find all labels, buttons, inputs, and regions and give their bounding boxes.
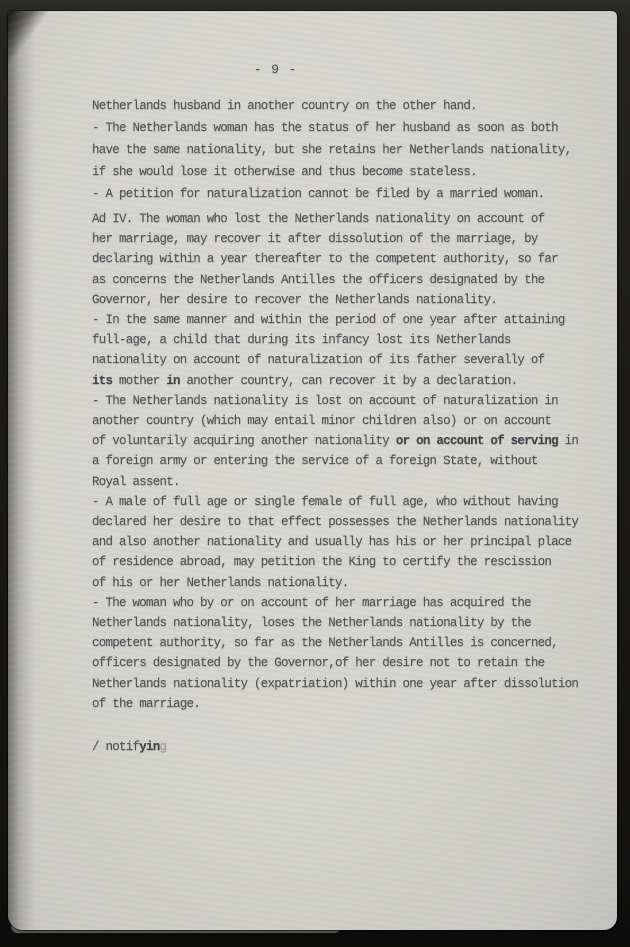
text-segment: Governor, her desire to recover the Neth…: [92, 293, 497, 307]
text-segment: its: [92, 374, 112, 388]
text-line: - The Netherlands woman has the status o…: [92, 117, 593, 139]
text-segment: full-age, a child that during its infanc…: [92, 333, 511, 347]
text-segment: Netherlands nationality, loses the Nethe…: [92, 616, 531, 630]
text-line: Netherlands nationality (expatriation) w…: [92, 674, 593, 694]
text-line: declared her desire to that effect posse…: [92, 512, 593, 532]
text-segment: - The Netherlands woman has the status o…: [92, 121, 558, 135]
text-line: of his or her Netherlands nationality.: [92, 573, 593, 593]
text-segment: of his or her Netherlands nationality.: [92, 576, 349, 590]
text-line: if she would lose it otherwise and thus …: [92, 161, 593, 183]
scan-background: - 9 - Netherlands husband in another cou…: [0, 0, 630, 947]
text-segment: her marriage, may recover it after disso…: [92, 232, 538, 246]
text-line: a foreign army or entering the service o…: [92, 451, 593, 471]
text-segment: Ad IV. The woman who lost the Netherland…: [92, 212, 544, 226]
text-segment: - A petition for naturalization cannot b…: [92, 187, 544, 201]
text-segment: Netherlands husband in another country o…: [92, 99, 477, 113]
text-segment: have the same nationality, but she retai…: [92, 143, 571, 157]
text-segment: Royal assent.: [92, 475, 180, 489]
text-line: full-age, a child that during its infanc…: [92, 330, 593, 350]
text-line: - The Netherlands nationality is lost on…: [92, 391, 593, 411]
text-segment: - The Netherlands nationality is lost on…: [92, 394, 558, 408]
text-line: declaring within a year thereafter to th…: [92, 249, 593, 269]
document-page: - 9 - Netherlands husband in another cou…: [8, 11, 617, 930]
text-segment: and also another nationality and usually…: [92, 535, 571, 549]
paragraph-intro-continuation: Netherlands husband in another country o…: [92, 95, 593, 205]
page-number: - 9 -: [254, 63, 298, 77]
text-segment: / notif: [92, 740, 139, 754]
text-segment: another country, can recover it by a dec…: [180, 374, 518, 388]
text-line: - A petition for naturalization cannot b…: [92, 183, 593, 205]
text-line: - The woman who by or on account of her …: [92, 593, 593, 613]
text-line: Netherlands nationality, loses the Nethe…: [92, 613, 593, 633]
text-line: / notifying: [92, 736, 593, 758]
text-segment: in: [558, 434, 578, 448]
text-segment: declared her desire to that effect posse…: [92, 515, 578, 529]
text-line: Governor, her desire to recover the Neth…: [92, 290, 593, 310]
text-segment: yin: [139, 740, 159, 754]
text-line: officers designated by the Governor,of h…: [92, 653, 593, 673]
text-segment: of voluntarily acquiring another nationa…: [92, 434, 396, 448]
text-segment: mother: [112, 374, 166, 388]
text-line: competent authority, so far as the Nethe…: [92, 633, 593, 653]
text-segment: or on account of serving: [396, 434, 558, 448]
text-segment: - In the same manner and within the peri…: [92, 313, 565, 327]
text-line: Ad IV. The woman who lost the Netherland…: [92, 209, 593, 229]
text-line: as concerns the Netherlands Antilles the…: [92, 270, 593, 290]
text-line: nationality on account of naturalization…: [92, 350, 593, 370]
text-segment: nationality on account of naturalization…: [92, 353, 544, 367]
text-segment: as concerns the Netherlands Antilles the…: [92, 273, 544, 287]
text-segment: officers designated by the Governor,of h…: [92, 656, 544, 670]
text-segment: a foreign army or entering the service o…: [92, 454, 538, 468]
text-line: have the same nationality, but she retai…: [92, 139, 593, 161]
text-segment: another country (which may entail minor …: [92, 414, 551, 428]
text-segment: if she would lose it otherwise and thus …: [92, 165, 477, 179]
text-segment: of residence abroad, may petition the Ki…: [92, 555, 551, 569]
text-segment: of the marriage.: [92, 697, 200, 711]
text-segment: g: [160, 740, 167, 754]
paragraph-continuation-note: / notifying: [92, 736, 593, 758]
binding-shadow: [8, 11, 36, 930]
text-segment: in: [166, 374, 180, 388]
paragraph-ad-iv: Ad IV. The woman who lost the Netherland…: [92, 209, 593, 714]
corner-shadow: [8, 11, 58, 67]
text-segment: - The woman who by or on account of her …: [92, 596, 531, 610]
text-line: its mother in another country, can recov…: [92, 371, 593, 391]
text-line: her marriage, may recover it after disso…: [92, 229, 593, 249]
text-segment: competent authority, so far as the Nethe…: [92, 636, 558, 650]
text-segment: Netherlands nationality (expatriation) w…: [92, 677, 578, 691]
text-line: - A male of full age or single female of…: [92, 492, 593, 512]
text-line: - In the same manner and within the peri…: [92, 310, 593, 330]
text-line: Netherlands husband in another country o…: [92, 95, 593, 117]
text-line: of the marriage.: [92, 694, 593, 714]
text-segment: declaring within a year thereafter to th…: [92, 252, 558, 266]
text-line: of voluntarily acquiring another nationa…: [92, 431, 593, 451]
text-line: Royal assent.: [92, 472, 593, 492]
text-line: and also another nationality and usually…: [92, 532, 593, 552]
text-line: another country (which may entail minor …: [92, 411, 593, 431]
text-segment: - A male of full age or single female of…: [92, 495, 558, 509]
text-line: of residence abroad, may petition the Ki…: [92, 552, 593, 572]
